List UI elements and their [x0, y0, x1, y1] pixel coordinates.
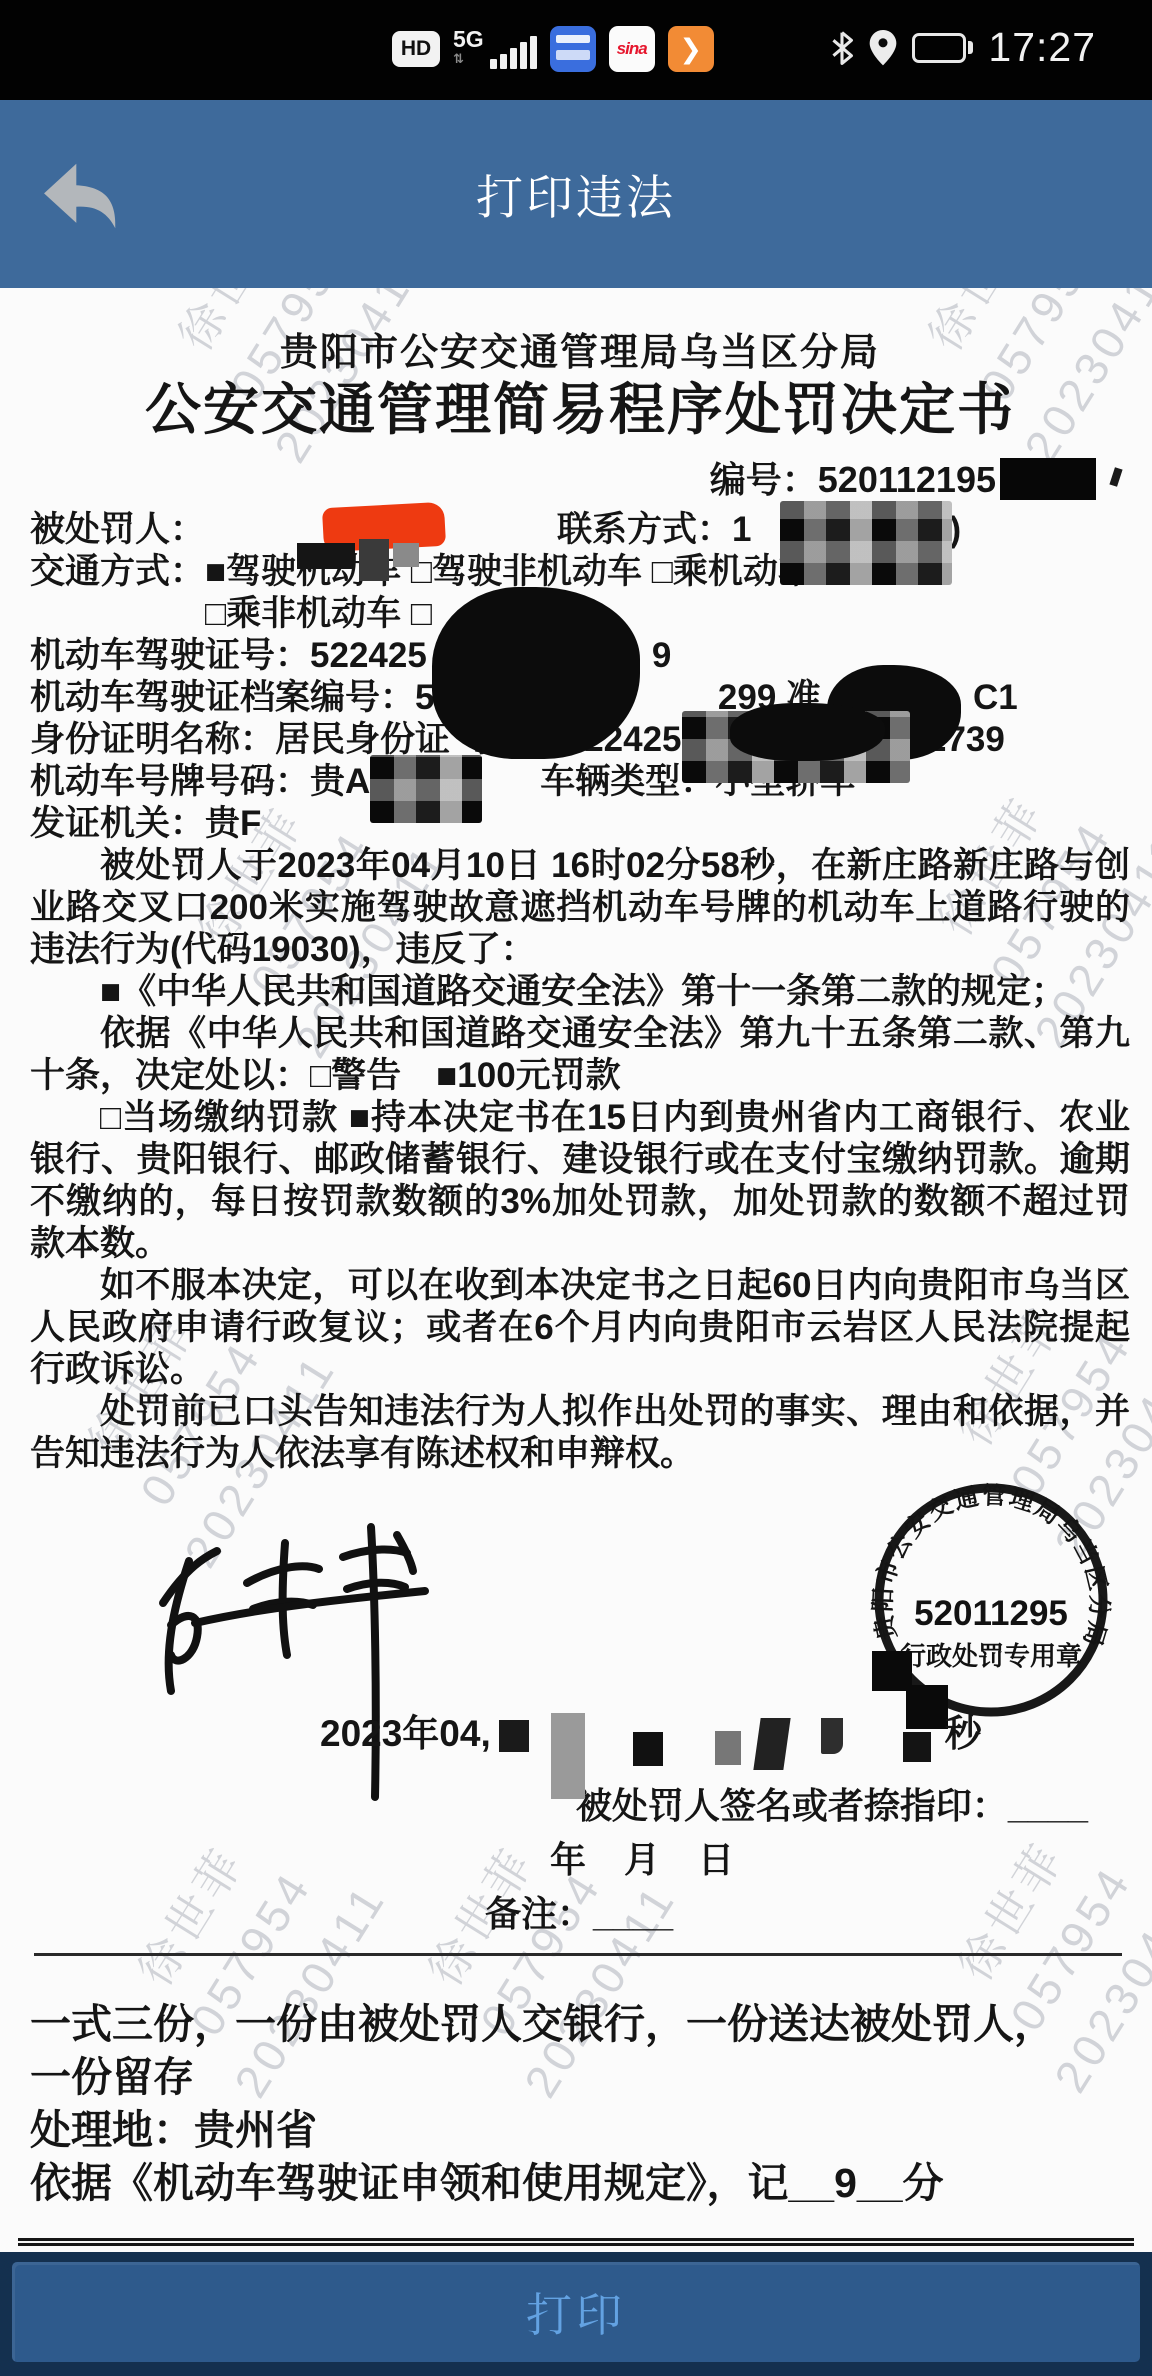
data-arrows-icon: ⇅	[453, 49, 484, 69]
contact-label: 联系方式：	[557, 510, 732, 549]
back-button[interactable]	[24, 148, 134, 248]
traffic-mode-label: 交通方式：	[30, 552, 205, 591]
plate-label: 机动车号牌号码：贵A	[30, 762, 370, 801]
date-tail: 秒	[945, 1713, 982, 1754]
case-fields: 被处罚人：联系方式：1) 交通方式：■驾驶机动车 □驾驶非机动车 □乘机动车 □…	[30, 509, 1130, 845]
footer-line: 处理地：贵州省	[30, 2104, 1130, 2157]
traffic-mode-options-2: □乘非机动车 □	[205, 594, 432, 633]
date-redaction	[551, 1713, 585, 1799]
mode-redaction	[432, 593, 637, 631]
status-icons-center: HD 5G⇅ sina ❯	[392, 26, 714, 72]
date-redaction	[715, 1731, 741, 1765]
serial-row: 编号：520112195	[30, 458, 1130, 501]
phone-screen: HD 5G⇅ sina ❯ 17:27 打印违法	[0, 0, 1152, 2376]
date-blank-row: 年 月 日	[30, 1839, 1130, 1881]
date-redaction	[821, 1718, 843, 1754]
date-prefix: 2023年04,	[320, 1713, 491, 1754]
signal-bars-icon	[490, 33, 537, 69]
back-arrow-icon	[36, 158, 122, 239]
field-plate: 机动车号牌号码：贵A车辆类型：小型轿车	[30, 761, 1130, 803]
date-redaction	[753, 1718, 790, 1770]
serial-number: 520112195	[818, 459, 996, 500]
phone-redaction	[780, 509, 950, 547]
footer-line: 一份留存	[30, 2051, 1130, 2104]
archive-part3: C1	[973, 678, 1018, 717]
print-button[interactable]: 打印	[12, 2262, 1140, 2362]
official-stamp: 贵阳市公安交通管理局乌当区分局 52011295 行政处罚专用章	[866, 1475, 1116, 1735]
serial-redaction	[1000, 458, 1096, 500]
issuer-label: 发证机关：贵F	[30, 804, 261, 843]
sina-app-icon: sina	[609, 26, 655, 72]
hd-badge: HD	[392, 31, 440, 67]
violation-document[interactable]: 徐世菲05795420230411 徐世菲05795420230411 徐世菲0…	[0, 288, 1152, 2252]
video-app-icon: ❯	[668, 26, 714, 72]
date-redaction	[499, 1720, 529, 1752]
field-person: 被处罚人：联系方式：1)	[30, 509, 1130, 551]
serial-label: 编号：	[710, 459, 818, 500]
person-label: 被处罚人：	[30, 510, 205, 549]
app-header: 打印违法	[0, 100, 1152, 288]
stamp-type: 行政处罚专用章	[900, 1641, 1082, 1671]
name-redaction	[323, 509, 445, 547]
network-indicator: 5G⇅	[453, 29, 537, 69]
officer-signature	[135, 1505, 455, 1815]
status-bar: HD 5G⇅ sina ❯ 17:27	[0, 0, 1152, 100]
battery-icon	[912, 33, 973, 63]
agency-name: 贵阳市公安交通管理局乌当区分局	[30, 332, 1130, 374]
sign-label: 被处罚人签名或者捺指印：	[576, 1785, 1008, 1826]
footer-line: 依据《机动车驾驶证申领和使用规定》，记__9__分	[30, 2157, 1130, 2210]
license-part1: 522425	[310, 636, 427, 675]
date-redaction	[903, 1732, 931, 1762]
document-title: 公安交通管理简易程序处罚决定书	[30, 378, 1130, 442]
law-paragraph: ■《中华人民共和国道路交通安全法》第十一条第二款的规定；	[30, 971, 1130, 1013]
remark-blank: ____	[593, 1893, 673, 1934]
bottom-separator-line	[18, 2238, 1134, 2246]
location-icon	[869, 30, 897, 66]
payment-paragraph: □当场缴纳罚款 ■持本决定书在15日内到贵州省内工商银行、农业银行、贵阳银行、邮…	[30, 1097, 1130, 1265]
decision-text: 被处罚人于2023年04月10日 16时02分58秒，在新庄路新庄路与创业路交叉…	[30, 845, 1130, 1475]
footer-line: 一式三份，一份由被处罚人交银行，一份送达被处罚人，	[30, 1998, 1130, 2051]
field-traffic-mode: 交通方式：■驾驶机动车 □驾驶非机动车 □乘机动车	[30, 551, 1130, 593]
notice-paragraph: 处罚前已口头告知违法行为人拟作出处罚的事实、理由和依据，并告知违法行为人依法享有…	[30, 1391, 1130, 1475]
date-redaction	[633, 1732, 663, 1766]
archive-label: 机动车驾驶证档案编号：	[30, 678, 415, 717]
signature-zone: 贵阳市公安交通管理局乌当区分局 52011295 行政处罚专用章 2023年04…	[30, 1475, 1130, 1785]
decision-date-row: 2023年04,秒	[320, 1713, 982, 1759]
status-icons-right: 17:27	[830, 24, 1096, 71]
print-bar: 打印	[0, 2252, 1152, 2376]
separator-line	[34, 1953, 1122, 1956]
plate-redaction	[370, 761, 482, 799]
appeal-paragraph: 如不服本决定，可以在收到本决定书之日起60日内向贵阳市乌当区人民政府申请行政复议…	[30, 1265, 1130, 1391]
field-traffic-mode-2: □乘非机动车 □	[30, 593, 1130, 635]
traffic-police-app-icon	[550, 26, 596, 72]
violation-paragraph: 被处罚人于2023年04月10日 16时02分58秒，在新庄路新庄路与创业路交叉…	[30, 845, 1130, 971]
sign-blank: ____	[1008, 1785, 1088, 1826]
contact-value: 1	[732, 510, 751, 549]
license-label: 机动车驾驶证号：	[30, 636, 310, 675]
clock-time: 17:27	[988, 24, 1096, 71]
remark-label: 备注：	[485, 1893, 593, 1934]
license-part2: 9	[652, 636, 671, 675]
page-title: 打印违法	[0, 100, 1152, 288]
footer-notes: 一式三份，一份由被处罚人交银行，一份送达被处罚人， 一份留存 处理地：贵州省 依…	[30, 1998, 1130, 2210]
remark-row: 备注：____	[30, 1893, 1130, 1935]
field-issuer: 发证机关：贵F	[30, 803, 1130, 845]
bluetooth-icon	[830, 29, 854, 67]
stamp-code: 52011295	[914, 1594, 1068, 1633]
penalty-paragraph: 依据《中华人民共和国道路交通安全法》第九十五条第二款、第九十条，决定处以：□警告…	[30, 1013, 1130, 1097]
network-type-label: 5G⇅	[453, 29, 484, 69]
serial-tick-mark	[1109, 467, 1122, 487]
